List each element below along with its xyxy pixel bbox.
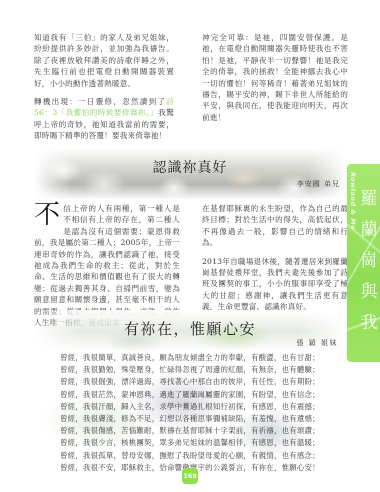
top-right-column: 神完全可靠：是祂，四圍安營保護。是祂，在電燈自動開關器失靈時使我也不害怕！是祂，… xyxy=(202,32,348,130)
paragraph: 2013年自職場退休後，隨著遷居來到羅蘭崗基督徒禮拜堂，我們夫妻先後參加了詩班及… xyxy=(202,256,348,313)
article2-title: 有祢在，惟願心安 xyxy=(34,318,346,339)
side-tab-char: 我 xyxy=(359,308,379,339)
side-tab-char: 崗 xyxy=(359,246,379,277)
side-tab-char: 蘭 xyxy=(359,215,379,246)
side-tab-char: 與 xyxy=(359,277,379,308)
poem-line: 曾經，我很傷感，苦惱難耐，默禱在基督耶穌十字架前，有祈禱，也有頌讚； xyxy=(60,425,320,437)
poem-line: 曾經，我很勤勉，殊榮壓身，忙碌得忽視了周邊的紅顏，有無奈，也有體驗； xyxy=(60,364,320,376)
page-number-badge: 169 xyxy=(182,468,198,484)
article1-banner: 認識祢真好 李安國 弟兄 xyxy=(34,148,346,200)
paragraph: 知道我有「三伯」的家人及弟兄姐妹，紛紛提供許多妙計，並加強為我禱告。除了夜裡放敬… xyxy=(34,32,174,89)
article2-author: 張 穎 姐妹 xyxy=(297,338,338,348)
article2-poem: 曾經，我很簡單，真誠善良，願為朋友傾盡全力的奉獻，有酸澀，也有甘甜； 曾經，我很… xyxy=(60,352,320,474)
poem-line: 曾經，我很簡單，真誠善良，願為朋友傾盡全力的奉獻，有酸澀，也有甘甜； xyxy=(60,352,320,364)
article1-title: 認識祢真好 xyxy=(34,157,346,177)
article2-banner: 有祢在，惟願心安 張 穎 姐妹 xyxy=(34,310,346,352)
article1-author: 李安國 弟兄 xyxy=(297,179,340,189)
side-tab-english: Rowland & Me xyxy=(349,172,357,230)
side-tab-chinese: 羅 蘭 崗 與 我 xyxy=(359,184,379,339)
side-tab-char: 羅 xyxy=(359,184,379,215)
poem-line: 曾經，我很膚淺，修為不足，幻想以各種思事彌補缺陷，有羞愧，也有遺憾； xyxy=(60,413,320,425)
paragraph: 在基督耶穌裏的永生盼望，作為自己的最終目標；對於生活中的得失，高低起伏，不再像過… xyxy=(202,203,348,249)
poem-line: 曾經，我很汗顏，歸入主名，求學中驀過扎根知行初探，有感恩，也有震撼； xyxy=(60,401,320,413)
paragraph: 神完全可靠：是祂，四圍安營保護。是祂，在電燈自動開關器失靈時使我也不害怕！是祂，… xyxy=(202,32,348,123)
drop-cap: 不 xyxy=(34,204,60,226)
poem-line: 曾經，我很茫然，蒙神恩典，邁進了羅蘭崗屬靈的家園，有盼望，也有信念； xyxy=(60,389,320,401)
paragraph-turning: 轉機出現：一日靈修，忽然讀到了詩56：3「我懼怕的時候要倚靠祢。」我驚呼上帝的奇… xyxy=(34,96,174,142)
poem-line: 曾經，我很倔強，漂洋過海，尋找著心中那自由的彼岸，有任性，也有期盼； xyxy=(60,376,320,388)
poem-line: 曾經，我很孤單，替母安娜，撫慰了我盼望母愛的心願，有親情，也有感念； xyxy=(60,450,320,462)
article1-right-column: 在基督耶穌裏的永生盼望，作為自己的最終目標；對於生活中的得失，高低起伏，不再像過… xyxy=(202,203,348,320)
turning-prefix: 轉機出現：一日靈修，忽然讀到了 xyxy=(34,97,166,106)
poem-line: 曾經，我很少言，核桃團契，眾多弟兄姐妹的溫馨相伴，有感恩，也有溫暖； xyxy=(60,437,320,449)
section-side-tab: Rowland & Me 羅 蘭 崗 與 我 xyxy=(347,164,380,362)
top-left-column: 知道我有「三伯」的家人及弟兄姐妹，紛紛提供許多妙計，並加強為我禱告。除了夜裡放敬… xyxy=(34,32,174,149)
